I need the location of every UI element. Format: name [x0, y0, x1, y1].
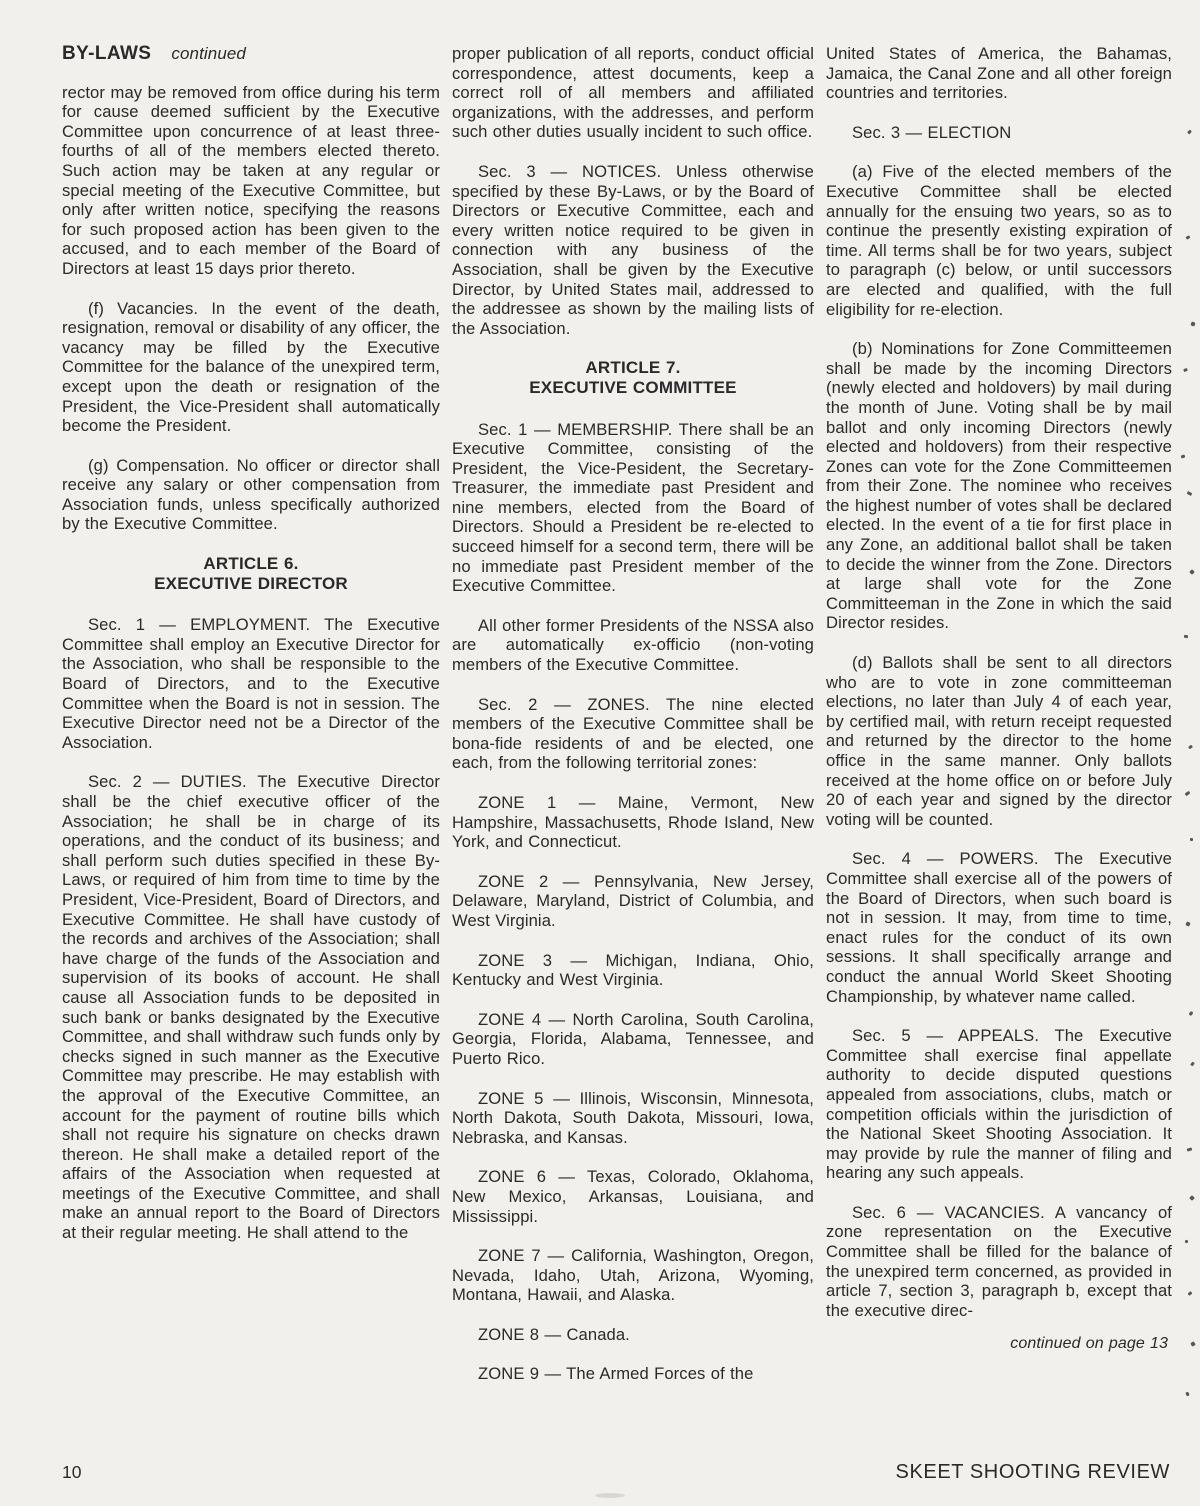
paragraph: (d) Ballots shall be sent to all directo… — [826, 653, 1172, 829]
paragraph: Sec. 6 — VACANCIES. A vancancy of zone r… — [826, 1203, 1172, 1321]
paragraph: All other former Presidents of the NSSA … — [452, 616, 814, 675]
paragraph: ZONE 3 — Michigan, Indiana, Ohio, Kentuc… — [452, 951, 814, 990]
scan-artifact — [1187, 130, 1192, 135]
scan-artifact — [1190, 838, 1193, 841]
scan-artifact — [1186, 235, 1191, 240]
scan-artifact — [1188, 1291, 1193, 1296]
scan-artifact — [1189, 1195, 1195, 1201]
paragraph: (b) Nominations for Zone Committeemen sh… — [826, 339, 1172, 633]
scan-artifact — [1185, 1240, 1189, 1244]
page-content: BY-LAWScontinued rector may be removed f… — [62, 44, 1173, 1404]
scan-smudge — [595, 1493, 625, 1498]
paragraph: rector may be removed from office during… — [62, 83, 440, 279]
scan-artifact — [1190, 1341, 1195, 1346]
paragraph: Sec. 3 — NOTICES. Unless otherwise speci… — [452, 162, 814, 338]
paragraph: Sec. 1 — MEMBERSHIP. There shall be an E… — [452, 420, 814, 596]
paragraph: (g) Compensation. No officer or director… — [62, 456, 440, 534]
scan-artifact — [1185, 921, 1190, 926]
paragraph: ZONE 6 — Texas, Colorado, Oklahoma, New … — [452, 1167, 814, 1226]
scan-artifact — [1185, 1392, 1189, 1397]
scan-artifact — [1188, 745, 1193, 750]
article-heading: ARTICLE 7.EXECUTIVE COMMITTEE — [452, 358, 814, 397]
scan-artifact — [1183, 368, 1188, 372]
column-middle: proper publication of all reports, condu… — [452, 44, 814, 1404]
paragraph: ZONE 7 — California, Washington, Oregon,… — [452, 1246, 814, 1305]
paragraph: Sec. 3 — ELECTION — [826, 123, 1172, 143]
scan-artifact — [1191, 322, 1196, 327]
paragraph: Sec. 2 — DUTIES. The Executive Director … — [62, 772, 440, 1242]
article-heading-line: EXECUTIVE DIRECTOR — [62, 574, 440, 594]
paragraph: ZONE 5 — Illinois, Wisconsin, Minnesota,… — [452, 1089, 814, 1148]
article-heading: ARTICLE 6.EXECUTIVE DIRECTOR — [62, 554, 440, 593]
paragraph: Sec. 1 — EMPLOYMENT. The Executive Commi… — [62, 615, 440, 752]
column-middle-blocks: proper publication of all reports, condu… — [452, 44, 814, 1384]
paragraph: ZONE 9 — The Armed Forces of the — [452, 1364, 814, 1384]
scan-artifact — [1185, 791, 1191, 796]
paragraph: ZONE 1 — Maine, Vermont, New Hampshire, … — [452, 793, 814, 852]
magazine-title: SKEET SHOOTING REVIEW — [896, 1461, 1171, 1484]
scan-artifact — [1184, 635, 1188, 639]
scan-artifact — [1190, 1062, 1195, 1067]
paragraph: proper publication of all reports, condu… — [452, 44, 814, 142]
paragraph: Sec. 4 — POWERS. The Executive Committee… — [826, 849, 1172, 1006]
column-left: BY-LAWScontinued rector may be removed f… — [62, 44, 440, 1404]
paragraph: ZONE 4 — North Carolina, South Carolina,… — [452, 1010, 814, 1069]
paragraph: (a) Five of the elected members of the E… — [826, 162, 1172, 319]
scan-artifact — [1187, 1147, 1193, 1151]
paragraph: ZONE 8 — Canada. — [452, 1325, 814, 1345]
paragraph: United States of America, the Bahamas, J… — [826, 44, 1172, 103]
scan-artifact — [1189, 569, 1195, 575]
paragraph: ZONE 2 — Pennsylvania, New Jersey, Delaw… — [452, 872, 814, 931]
continued-on-note: continued on page 13 — [826, 1334, 1172, 1354]
column-right-blocks: United States of America, the Bahamas, J… — [826, 44, 1172, 1320]
magazine-page: BY-LAWScontinued rector may be removed f… — [0, 0, 1200, 1506]
column-right: United States of America, the Bahamas, J… — [826, 44, 1172, 1404]
column-left-blocks: rector may be removed from office during… — [62, 83, 440, 1243]
section-title: BY-LAWS — [62, 43, 151, 64]
article-heading-line: ARTICLE 7. — [452, 358, 814, 378]
page-number: 10 — [62, 1462, 81, 1483]
scan-artifact — [1189, 1011, 1194, 1016]
scan-artifact — [1187, 491, 1193, 496]
page-footer: 10 SKEET SHOOTING REVIEW — [62, 1461, 1170, 1484]
paragraph: Sec. 2 — ZONES. The nine elected members… — [452, 695, 814, 773]
article-heading-line: EXECUTIVE COMMITTEE — [452, 378, 814, 398]
scan-artifact — [1181, 454, 1186, 458]
article-heading-line: ARTICLE 6. — [62, 554, 440, 574]
paragraph: (f) Vacancies. In the event of the death… — [62, 299, 440, 436]
paragraph: Sec. 5 — APPEALS. The Executive Committe… — [826, 1026, 1172, 1183]
section-continued-label: continued — [171, 44, 246, 63]
section-header: BY-LAWScontinued — [62, 44, 440, 64]
